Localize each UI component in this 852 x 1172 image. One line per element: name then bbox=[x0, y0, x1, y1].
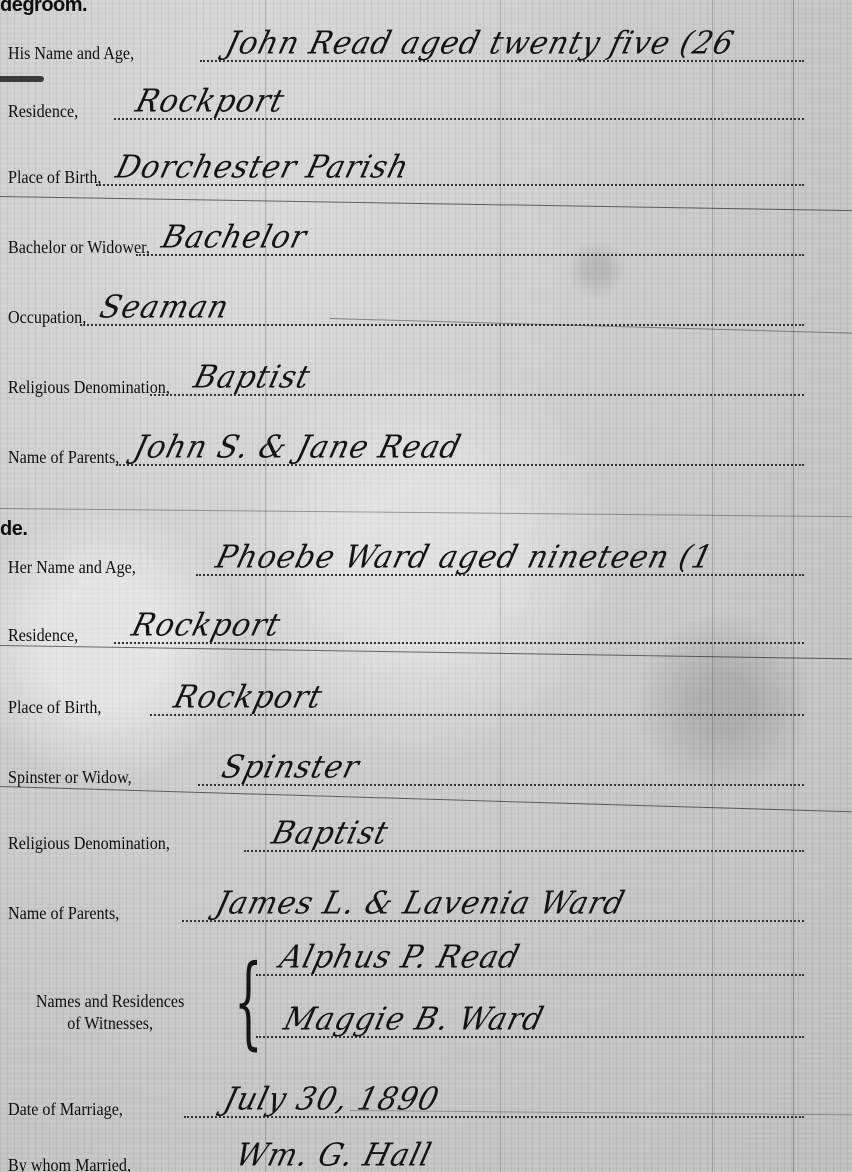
witnesses-label-line2: of Witnesses, bbox=[8, 1012, 212, 1034]
groom-occupation-row: Occupation, Seaman bbox=[0, 292, 804, 332]
handwritten-entry: John Read aged twenty five (26 bbox=[222, 25, 738, 62]
handwritten-entry: Rockport bbox=[170, 679, 326, 716]
field-label: Name of Parents, bbox=[8, 903, 119, 924]
groom-parents-row: Name of Parents, John S. & Jane Read bbox=[0, 432, 804, 472]
bride-residence-row: Residence, Rockport bbox=[0, 610, 804, 650]
handwritten-entry: Spinster bbox=[218, 749, 363, 786]
field-label: His Name and Age, bbox=[8, 43, 134, 64]
field-label: Date of Marriage, bbox=[8, 1099, 123, 1120]
groom-birthplace-row: Place of Birth, Dorchester Parish bbox=[0, 152, 804, 192]
witnesses-label-line1: Names and Residences bbox=[8, 990, 212, 1012]
bride-parents-row: Name of Parents, James L. & Lavenia Ward bbox=[0, 888, 804, 928]
bride-section-heading: de. bbox=[0, 518, 27, 541]
handwritten-entry: July 30, 1890 bbox=[220, 1081, 443, 1118]
marriage-date-row: Date of Marriage, July 30, 1890 bbox=[0, 1084, 804, 1124]
handwritten-entry: Wm. G. Hall bbox=[232, 1137, 436, 1172]
handwritten-entry: Bachelor bbox=[158, 219, 311, 256]
bride-religion-row: Religious Denomination, Baptist bbox=[0, 818, 804, 858]
groom-residence-row: Residence, Rockport bbox=[0, 86, 804, 126]
witness-row-1: Alphus P. Read bbox=[256, 942, 804, 982]
witnesses-label: Names and Residences of Witnesses, bbox=[8, 990, 212, 1034]
handwritten-entry: Rockport bbox=[132, 83, 288, 120]
handwritten-entry: Phoebe Ward aged nineteen (1 bbox=[212, 539, 717, 576]
field-label: Spinster or Widow, bbox=[8, 767, 132, 788]
bride-birthplace-row: Place of Birth, Rockport bbox=[0, 682, 804, 722]
field-label: Residence, bbox=[8, 101, 78, 122]
witness-name: Alphus P. Read bbox=[276, 939, 524, 976]
officiant-row: By whom Married, Wm. G. Hall bbox=[0, 1140, 804, 1172]
field-label: Religious Denomination, bbox=[8, 377, 170, 398]
groom-religion-row: Religious Denomination, Baptist bbox=[0, 362, 804, 402]
groom-section-heading: degroom. bbox=[0, 0, 87, 17]
field-label: Place of Birth, bbox=[8, 167, 101, 188]
handwritten-entry: Baptist bbox=[268, 815, 392, 852]
field-label: Occupation, bbox=[8, 307, 86, 328]
witness-name: Maggie B. Ward bbox=[280, 1001, 548, 1038]
field-label: Her Name and Age, bbox=[8, 557, 136, 578]
field-label: Name of Parents, bbox=[8, 447, 119, 468]
handwritten-entry: James L. & Lavenia Ward bbox=[212, 885, 629, 922]
field-label: Place of Birth, bbox=[8, 697, 101, 718]
witness-row-2: Maggie B. Ward bbox=[256, 1004, 804, 1044]
handwritten-entry: John S. & Jane Read bbox=[130, 429, 465, 466]
field-label: By whom Married, bbox=[8, 1155, 131, 1172]
bride-name-age-row: Her Name and Age, Phoebe Ward aged ninet… bbox=[0, 542, 804, 582]
handwritten-entry: Dorchester Parish bbox=[112, 149, 413, 186]
groom-name-age-row: His Name and Age, John Read aged twenty … bbox=[0, 28, 804, 68]
bride-marital-status-row: Spinster or Widow, Spinster bbox=[0, 752, 804, 792]
ink-smear bbox=[0, 76, 44, 82]
field-label: Residence, bbox=[8, 625, 78, 646]
handwritten-entry: Rockport bbox=[128, 607, 284, 644]
handwritten-entry: Seaman bbox=[96, 289, 233, 326]
field-label: Bachelor or Widower, bbox=[8, 237, 150, 258]
groom-marital-status-row: Bachelor or Widower, Bachelor bbox=[0, 222, 804, 262]
handwritten-entry: Baptist bbox=[190, 359, 314, 396]
field-label: Religious Denomination, bbox=[8, 833, 170, 854]
